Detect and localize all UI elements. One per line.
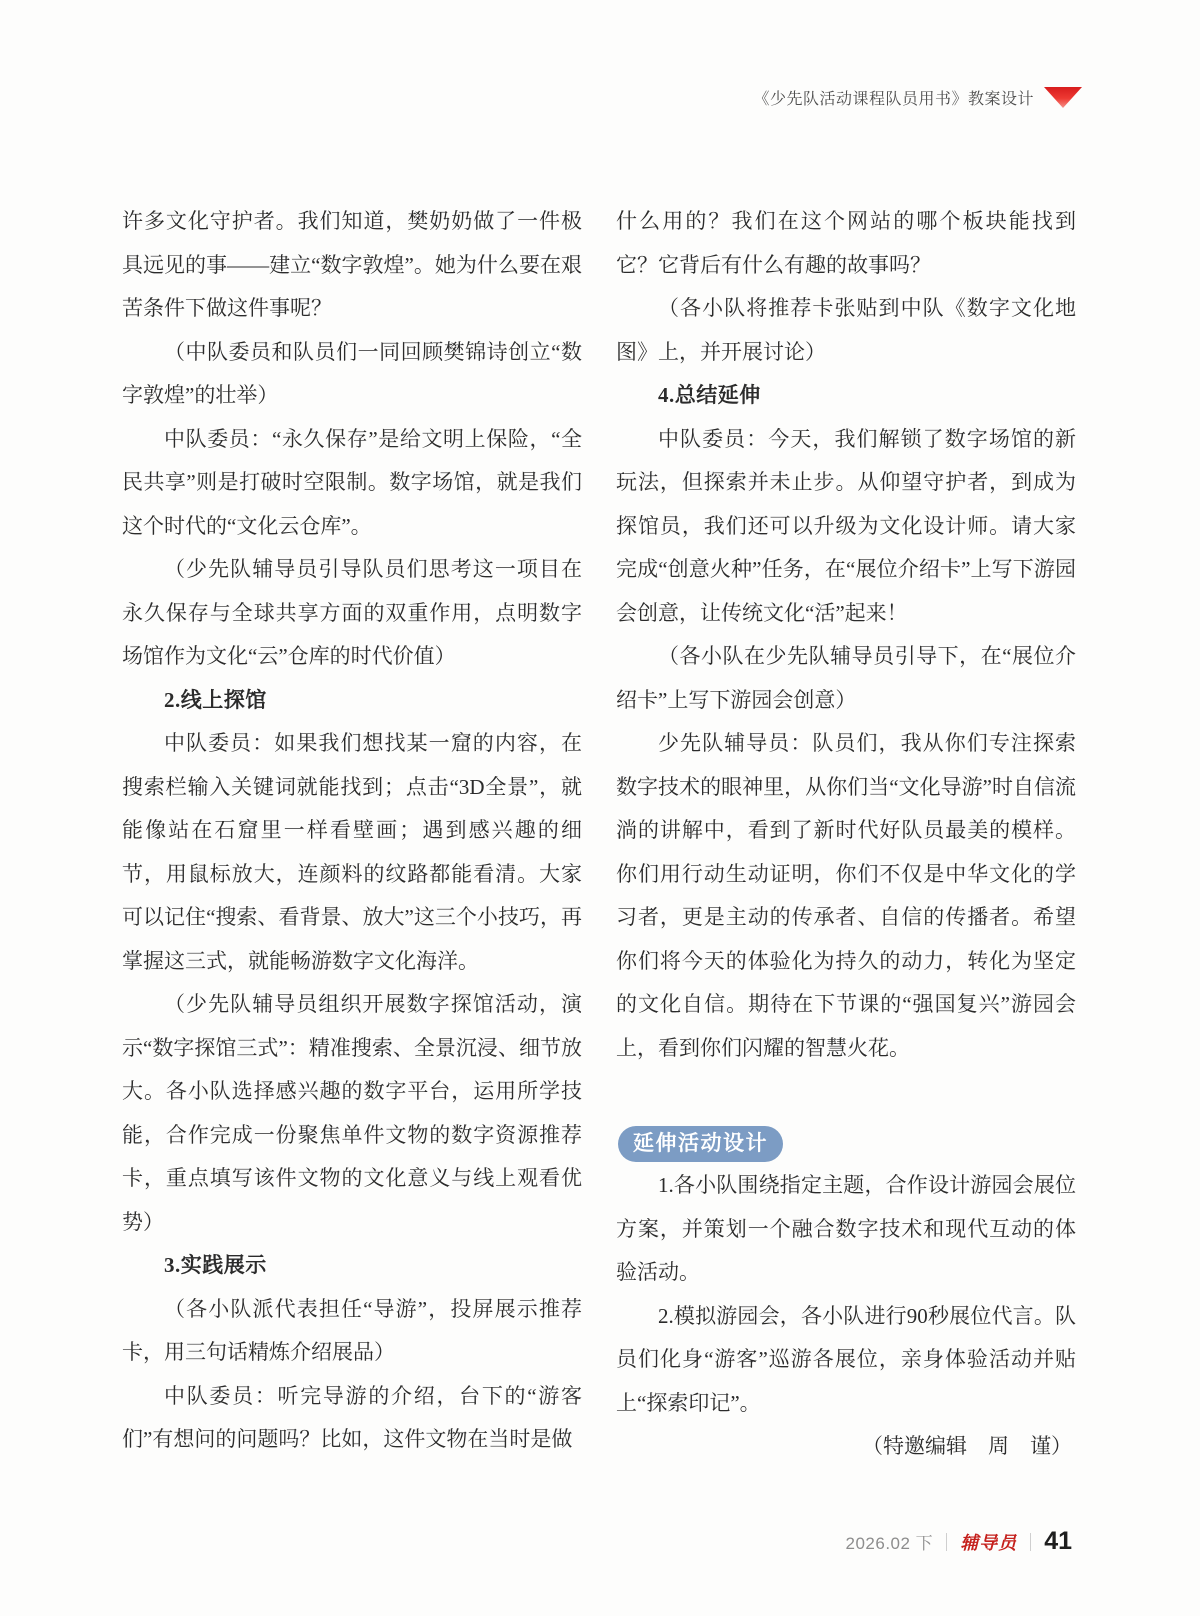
stage-direction: （各小队将推荐卡张贴到中队《数字文化地图》上，并开展讨论） bbox=[616, 287, 1076, 374]
paragraph: 2.模拟游园会，各小队进行90秒展位代言。队员们化身“游客”巡游各展位，亲身体验… bbox=[616, 1295, 1076, 1426]
footer-divider bbox=[1030, 1533, 1031, 1551]
stage-direction: （少先队辅导员引导队员们思考这一项目在永久保存与全球共享方面的双重作用，点明数字… bbox=[122, 548, 582, 679]
magazine-page: 《少先队活动课程队员用书》教案设计 许多文化守护者。我们知道，樊奶奶做了一件极具… bbox=[0, 0, 1200, 1616]
footer-divider bbox=[946, 1533, 947, 1551]
extension-activity-badge-row: 延伸活动设计 bbox=[618, 1126, 1076, 1162]
magazine-logo: 辅导员 bbox=[960, 1529, 1017, 1555]
page-number: 41 bbox=[1044, 1527, 1072, 1556]
paragraph: 什么用的？我们在这个网站的哪个板块能找到它？它背后有什么有趣的故事吗？ bbox=[616, 200, 1076, 287]
page-header: 《少先队活动课程队员用书》教案设计 bbox=[753, 86, 1082, 109]
editor-credit: （特邀编辑 周 谨） bbox=[616, 1425, 1076, 1469]
stage-direction: （各小队在少先队辅导员引导下，在“展位介绍卡”上写下游园会创意） bbox=[616, 635, 1076, 722]
paragraph: 中队委员：今天，我们解锁了数字场馆的新玩法，但探索并未止步。从仰望守护者，到成为… bbox=[616, 418, 1076, 636]
paragraph: 中队委员：听完导游的介绍，台下的“游客们”有想问的问题吗？比如，这件文物在当时是… bbox=[122, 1375, 582, 1462]
section-heading-practice-show: 3.实践展示 bbox=[122, 1244, 582, 1288]
header-title: 《少先队活动课程队员用书》教案设计 bbox=[753, 86, 1034, 109]
paragraph: 少先队辅导员：队员们，我从你们专注探索数字技术的眼神里，从你们当“文化导游”时自… bbox=[616, 722, 1076, 1070]
left-column: 许多文化守护者。我们知道，樊奶奶做了一件极具远见的事——建立“数字敦煌”。她为什… bbox=[122, 200, 582, 1462]
stage-direction: （少先队辅导员组织开展数字探馆活动，演示“数字探馆三式”：精准搜索、全景沉浸、细… bbox=[122, 983, 582, 1244]
paragraph: 1.各小队围绕指定主题，合作设计游园会展位方案，并策划一个融合数字技术和现代互动… bbox=[616, 1164, 1076, 1295]
section-heading-online-exploration: 2.线上探馆 bbox=[122, 679, 582, 723]
stage-direction: （中队委员和队员们一同回顾樊锦诗创立“数字敦煌”的壮举） bbox=[122, 331, 582, 418]
section-heading-summary-extension: 4.总结延伸 bbox=[616, 374, 1076, 418]
paragraph: 中队委员：如果我们想找某一窟的内容，在搜索栏输入关键词就能找到；点击“3D全景”… bbox=[122, 722, 582, 983]
red-triangle-icon bbox=[1044, 87, 1082, 108]
paragraph: 许多文化守护者。我们知道，樊奶奶做了一件极具远见的事——建立“数字敦煌”。她为什… bbox=[122, 200, 582, 331]
right-column: 什么用的？我们在这个网站的哪个板块能找到它？它背后有什么有趣的故事吗？ （各小队… bbox=[616, 200, 1076, 1469]
paragraph: 中队委员：“永久保存”是给文明上保险，“全民共享”则是打破时空限制。数字场馆，就… bbox=[122, 418, 582, 549]
extension-activity-badge: 延伸活动设计 bbox=[618, 1126, 783, 1162]
issue-label: 2026.02 下 bbox=[846, 1529, 934, 1554]
stage-direction: （各小队派代表担任“导游”，投屏展示推荐卡，用三句话精炼介绍展品） bbox=[122, 1288, 582, 1375]
page-footer: 2026.02 下 辅导员 41 bbox=[846, 1527, 1073, 1556]
